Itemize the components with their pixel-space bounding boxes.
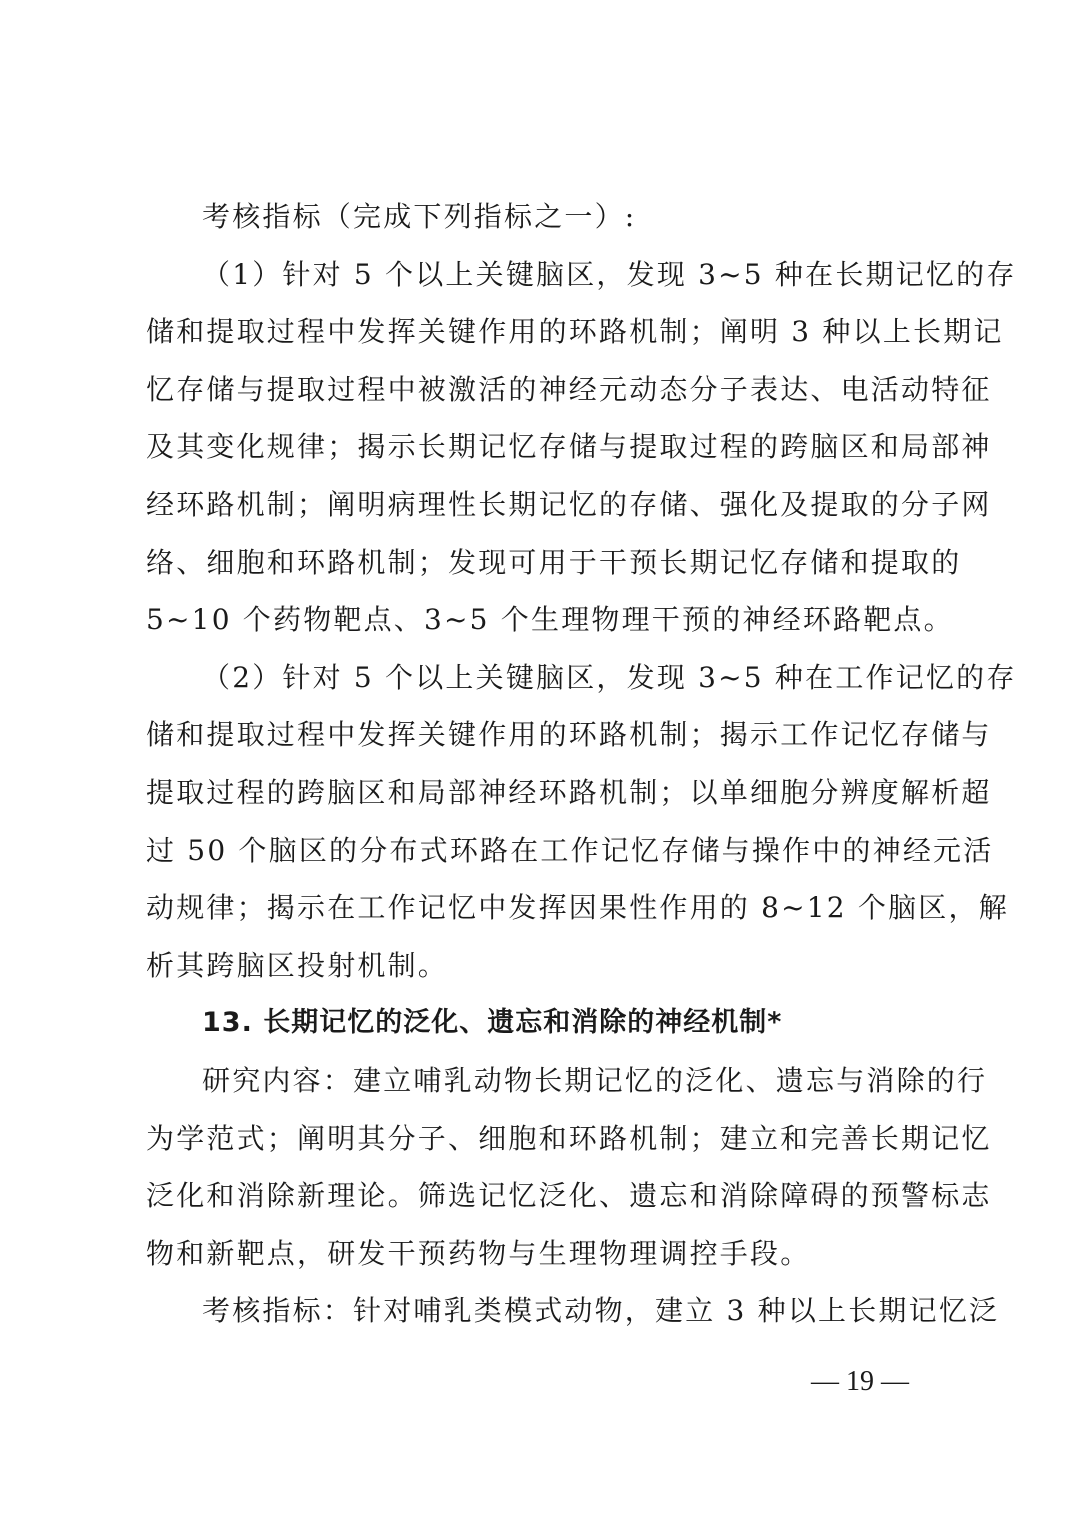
research-content-line: 研究内容：建立哺乳动物长期记忆的泛化、遗忘与消除的行 [146, 1052, 938, 1110]
page-number: — 19 — [800, 1362, 920, 1402]
criterion-1-line: 储和提取过程中发挥关键作用的环路机制；阐明 3 种以上长期记 [146, 303, 938, 361]
criteria-intro-line: 考核指标（完成下列指标之一）: [146, 188, 938, 246]
criterion-1-line: 5~10 个药物靶点、3~5 个生理物理干预的神经环路靶点。 [146, 591, 938, 649]
criterion-2-line: 动规律；揭示在工作记忆中发挥因果性作用的 8~12 个脑区，解 [146, 879, 938, 937]
document-page: 考核指标（完成下列指标之一）: （1）针对 5 个以上关键脑区，发现 3~5 种… [0, 0, 1080, 1527]
research-content-line: 泛化和消除新理论。筛选记忆泛化、遗忘和消除障碍的预警标志 [146, 1167, 938, 1225]
criteria-line: 考核指标：针对哺乳类模式动物，建立 3 种以上长期记忆泛 [146, 1282, 938, 1340]
criterion-1-line: （1）针对 5 个以上关键脑区，发现 3~5 种在长期记忆的存 [146, 246, 938, 304]
criterion-1-line: 络、细胞和环路机制；发现可用于干预长期记忆存储和提取的 [146, 534, 938, 592]
section-heading: 13. 长期记忆的泛化、遗忘和消除的神经机制* [146, 994, 938, 1052]
research-content-line: 为学范式；阐明其分子、细胞和环路机制；建立和完善长期记忆 [146, 1110, 938, 1168]
criterion-1-line: 忆存储与提取过程中被激活的神经元动态分子表达、电活动特征 [146, 361, 938, 419]
criterion-2-line: 储和提取过程中发挥关键作用的环路机制；揭示工作记忆存储与 [146, 706, 938, 764]
criterion-1-line: 经环路机制；阐明病理性长期记忆的存储、强化及提取的分子网 [146, 476, 938, 534]
criterion-2-line: 析其跨脑区投射机制。 [146, 937, 938, 995]
criterion-1-line: 及其变化规律；揭示长期记忆存储与提取过程的跨脑区和局部神 [146, 418, 938, 476]
criterion-2-line: 过 50 个脑区的分布式环路在工作记忆存储与操作中的神经元活 [146, 822, 938, 880]
document-body: 考核指标（完成下列指标之一）: （1）针对 5 个以上关键脑区，发现 3~5 种… [146, 188, 938, 1340]
criterion-2-line: （2）针对 5 个以上关键脑区，发现 3~5 种在工作记忆的存 [146, 649, 938, 707]
research-content-line: 物和新靶点，研发干预药物与生理物理调控手段。 [146, 1225, 938, 1283]
criterion-2-line: 提取过程的跨脑区和局部神经环路机制；以单细胞分辨度解析超 [146, 764, 938, 822]
